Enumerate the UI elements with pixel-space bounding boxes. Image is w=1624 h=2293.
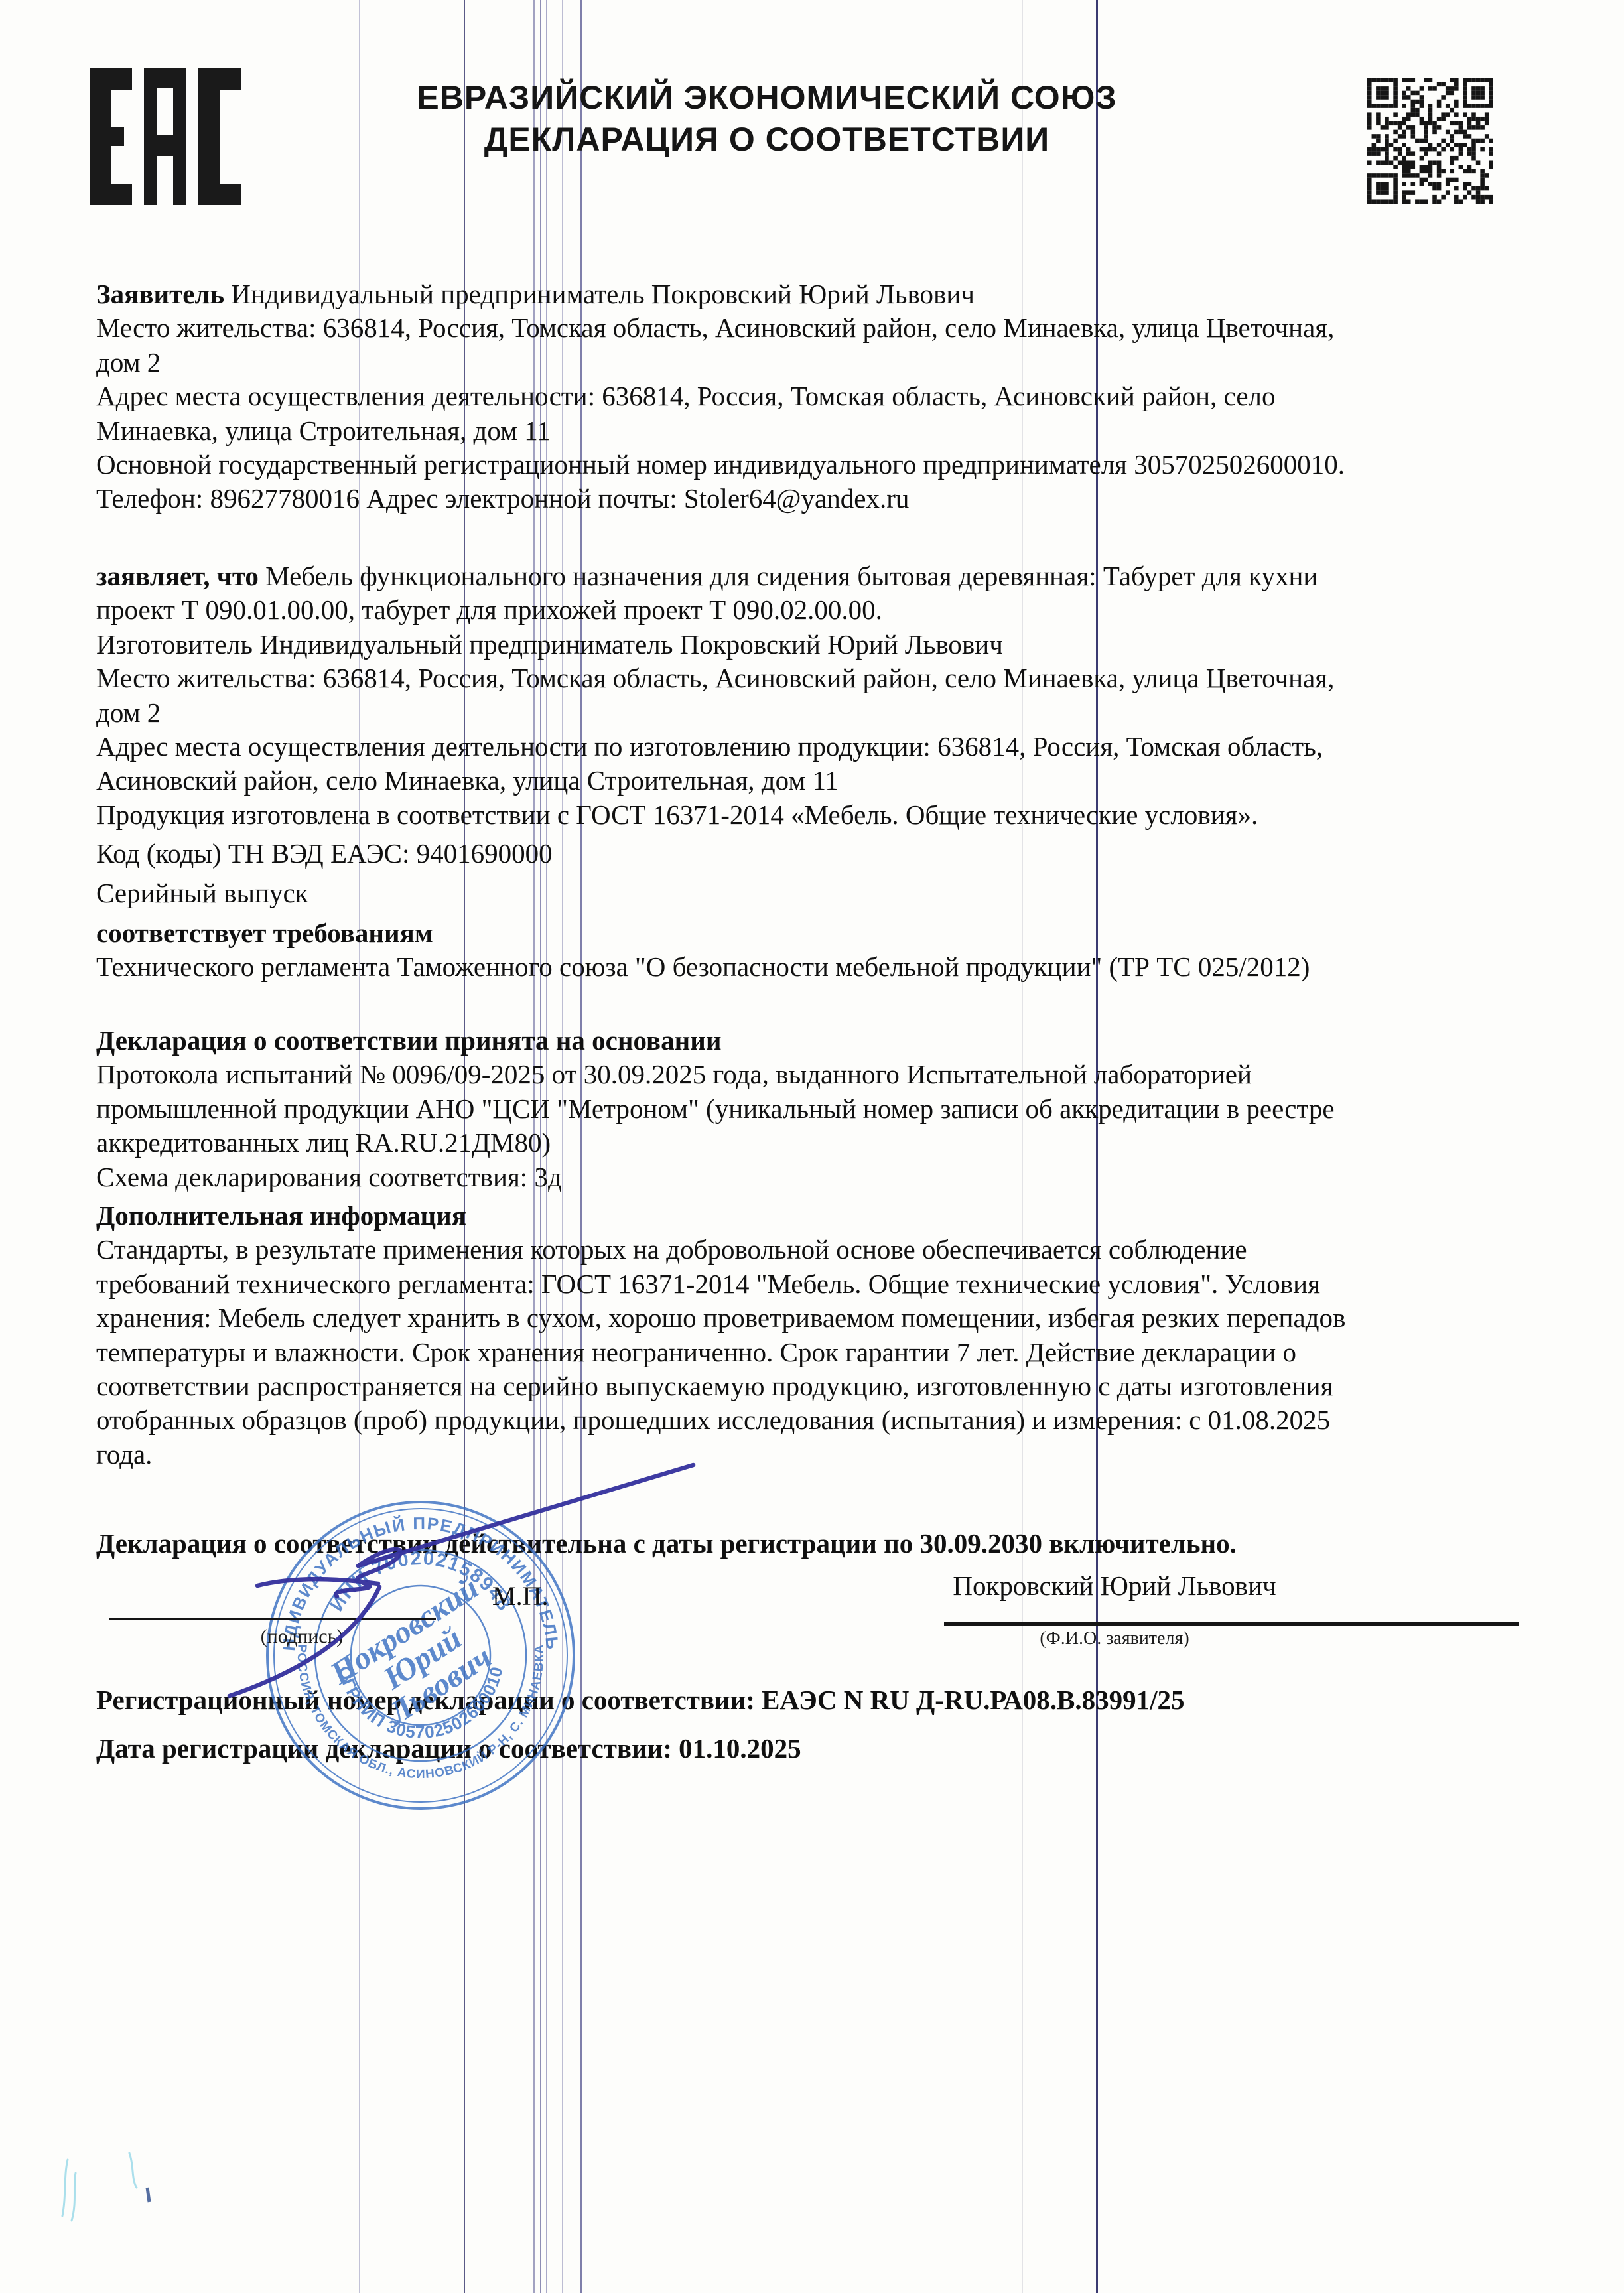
text-line: хранения: Мебель следует хранить в сухом… <box>96 1301 1556 1335</box>
text-line: Схема декларирования соответствия: 3д <box>96 1160 1556 1194</box>
text-line: Стандарты, в результате применения котор… <box>96 1233 1556 1267</box>
text-line: Изготовитель Индивидуальный предпринимат… <box>96 628 1556 661</box>
text-line: Технического регламента Таможенного союз… <box>96 950 1556 984</box>
fio-line <box>944 1622 1519 1626</box>
applicant-name: Покровский Юрий Львович <box>896 1570 1333 1602</box>
text-line: соответствует требованиям <box>96 916 1556 950</box>
fio-caption: (Ф.И.О. заявителя) <box>955 1628 1274 1649</box>
paragraph-additional-info: Дополнительная информацияСтандарты, в ре… <box>96 1199 1556 1472</box>
text-line: проект Т 090.01.00.00, табурет для прихо… <box>96 593 1556 627</box>
paragraph-serial-release: Серийный выпуск <box>96 876 1556 910</box>
text-line: температуры и влажности. Срок хранения н… <box>96 1336 1556 1369</box>
text-line: отобранных образцов (проб) продукции, пр… <box>96 1403 1556 1437</box>
text-line: Место жительства: 636814, Россия, Томска… <box>96 311 1556 345</box>
text-line: Протокола испытаний № 0096/09-2025 от 30… <box>96 1058 1556 1091</box>
title-line-union: ЕВРАЗИЙСКИЙ ЭКОНОМИЧЕСКИЙ СОЮЗ <box>336 77 1198 119</box>
text-line: Асиновский район, село Минаевка, улица С… <box>96 764 1556 798</box>
handwritten-signature <box>93 1446 743 1725</box>
paragraph-tech-regulation: Технического регламента Таможенного союз… <box>96 950 1556 984</box>
text-line: промышленной продукции АНО "ЦСИ "Метроно… <box>96 1092 1556 1126</box>
text-line: дом 2 <box>96 696 1556 730</box>
text-line: Адрес места осуществления деятельности: … <box>96 380 1556 413</box>
text-line: заявляет, что Мебель функционального наз… <box>96 559 1556 593</box>
title-line-declaration: ДЕКЛАРАЦИЯ О СООТВЕТСТВИИ <box>336 119 1198 161</box>
text-line: Основной государственный регистрационный… <box>96 448 1556 482</box>
document-title: ЕВРАЗИЙСКИЙ ЭКОНОМИЧЕСКИЙ СОЮЗ ДЕКЛАРАЦИ… <box>336 77 1198 161</box>
text-line: требований технического регламента: ГОСТ… <box>96 1267 1556 1301</box>
text-line: Адрес места осуществления деятельности п… <box>96 730 1556 764</box>
text-line: Серийный выпуск <box>96 876 1556 910</box>
text-line: Заявитель Индивидуальный предприниматель… <box>96 277 1556 311</box>
text-line: соответствии распространяется на серийно… <box>96 1369 1556 1403</box>
paragraph-basis: Декларация о соответствии принята на осн… <box>96 1024 1556 1194</box>
text-line: Минаевка, улица Строительная, дом 11 <box>96 414 1556 448</box>
text-line: Телефон: 89627780016 Адрес электронной п… <box>96 482 1556 516</box>
paragraph-declares-product: заявляет, что Мебель функционального наз… <box>96 559 1556 832</box>
eac-logo-icon <box>90 68 241 205</box>
text-line: дом 2 <box>96 346 1556 380</box>
paragraph-applicant: Заявитель Индивидуальный предприниматель… <box>96 277 1556 516</box>
qr-code <box>1367 78 1493 204</box>
text-line: Декларация о соответствии принята на осн… <box>96 1024 1556 1058</box>
text-line: аккредитованных лиц RA.RU.21ДМ80) <box>96 1126 1556 1160</box>
text-line: Продукция изготовлена в соответствии с Г… <box>96 798 1556 832</box>
text-line: Код (коды) ТН ВЭД ЕАЭС: 9401690000 <box>96 837 1556 870</box>
text-line: Место жительства: 636814, Россия, Томска… <box>96 661 1556 695</box>
declaration-document: ЕВРАЗИЙСКИЙ ЭКОНОМИЧЕСКИЙ СОЮЗ ДЕКЛАРАЦИ… <box>0 0 1624 2293</box>
paragraph-tnved-code: Код (коды) ТН ВЭД ЕАЭС: 9401690000 <box>96 837 1556 870</box>
scan-scuff-marks <box>60 2146 265 2226</box>
paragraph-conforms-heading: соответствует требованиям <box>96 916 1556 950</box>
text-line: Дополнительная информация <box>96 1199 1556 1233</box>
